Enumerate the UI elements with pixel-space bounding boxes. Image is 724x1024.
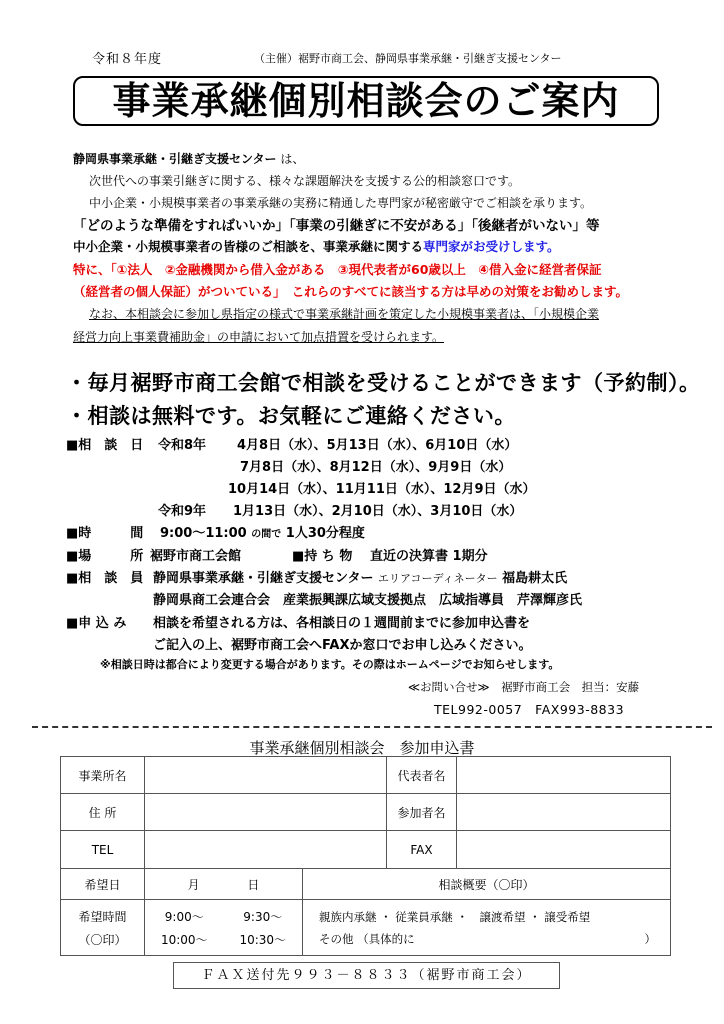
desired-time-label: 希望時間 （〇印）	[61, 900, 145, 956]
subsidy-note-line-1: なお、本相談会に参加し県指定の様式で事業承継計画を策定した小規模事業者は、「小規…	[89, 305, 599, 322]
representative-field[interactable]	[457, 757, 671, 794]
apply-line-2: ご記入の上、裾野市商工会へFAXか窓口でお申し込みください。	[153, 634, 531, 653]
page-title: 事業承継個別相談会のご案内	[73, 76, 659, 126]
desired-date-label: 希望日	[61, 869, 145, 900]
apply-label: ■申 込 み	[66, 612, 126, 631]
bring-label: ■持 ち 物	[292, 545, 352, 564]
staff-name: 福島耕太氏	[502, 571, 567, 586]
time-option-1030[interactable]: 10:30～	[239, 931, 286, 948]
desired-time-title: 希望時間	[61, 908, 144, 925]
summary-other[interactable]: その他 （具体的に	[319, 931, 415, 947]
intro-line-1: 次世代への事業引継ぎに関する、様々な課題解決を支援する公的相談窓口です。	[89, 172, 520, 189]
schedule-dates-row-3: 10月14日（水）、11月11日（水）、12月9日（水）	[228, 478, 536, 497]
business-name-field[interactable]	[145, 757, 387, 794]
desired-time-options: 9:00～ 9:30～ 10:00～ 10:30～	[145, 900, 303, 956]
schedule-label: ■相 談 日	[66, 434, 143, 453]
circle-mark-note: （〇印）	[61, 931, 144, 948]
time-value: 9:00～11:00	[160, 526, 247, 541]
time-label: ■時 間	[66, 522, 143, 541]
application-form: 事業所名 代表者名 住 所 参加者名 TEL FAX 希望日 月 日 相談概要（…	[60, 756, 671, 956]
highlight-free: ・相談は無料です。お気軽にご連絡ください。	[66, 400, 516, 430]
consult-line: 中小企業・小規模事業者の皆様のご相談を、事業承継に関する専門家がお受けします。	[73, 237, 560, 255]
staff-role: エリアコーディネーター	[378, 572, 498, 585]
time-option-0900[interactable]: 9:00～	[165, 908, 204, 925]
place-value: 裾野市商工会館	[150, 545, 241, 564]
concerns-line: 「どのような準備をすればいいか」「事業の引継ぎに不安がある」「後継者がいない」等	[73, 214, 600, 234]
day-label: 日	[247, 878, 259, 892]
summary-header: 相談概要（〇印）	[303, 869, 671, 900]
red-note-line-2: （経営者の個人保証）がついている」 これらのすべてに該当する方は早めの対策をお勧…	[73, 282, 628, 300]
schedule-year-1: 令和8年	[158, 434, 206, 453]
apply-line-1: 相談を希望される方は、各相談日の１週間前までに参加申込書を	[153, 612, 530, 631]
subsidy-note-line-2: 経営力向上事業費補助金」の申請において加点措置を受けられます。	[73, 328, 444, 345]
intro-center-line: 静岡県事業承継・引継ぎ支援センター は、	[73, 150, 304, 167]
staff-line-1: 静岡県事業承継・引継ぎ支援センター エリアコーディネーター 福島耕太氏	[153, 567, 567, 586]
time-duration: 1人30分程度	[286, 526, 365, 541]
cut-line	[32, 726, 712, 728]
time-row: 9:00～11:00 の間で 1人30分程度	[160, 522, 365, 541]
participant-label: 参加者名	[387, 794, 457, 831]
consult-prefix: 中小企業・小規模事業者の皆様のご相談を、事業承継に関する	[73, 239, 423, 254]
staff-org: 静岡県事業承継・引継ぎ支援センター	[153, 571, 373, 586]
business-name-label: 事業所名	[61, 757, 145, 794]
summary-options: 親族内承継 ・ 従業員承継 ・ 譲渡希望 ・ 譲受希望 その他 （具体的に ）	[303, 900, 671, 956]
change-notice: ※相談日時は都合により変更する場合があります。その際はホームページでお知らせしま…	[100, 656, 559, 672]
tel-label: TEL	[61, 831, 145, 869]
center-suffix: は、	[277, 152, 305, 166]
address-field[interactable]	[145, 794, 387, 831]
summary-option-list[interactable]: 親族内承継 ・ 従業員承継 ・ 譲渡希望 ・ 譲受希望	[319, 909, 670, 925]
desired-date-field[interactable]: 月 日	[145, 869, 303, 900]
contact-line-1: ≪お問い合せ≫ 裾野市商工会 担当：安藤	[408, 679, 639, 695]
fax-destination: ＦＡＸ送付先９９３－８８３３（裾野市商工会）	[173, 962, 560, 989]
form-title: 事業承継個別相談会 参加申込書	[0, 737, 724, 758]
contact-line-2: TEL992-0057 FAX993-8833	[434, 700, 624, 718]
summary-other-close: ）	[645, 931, 657, 947]
staff-line-2: 静岡県商工会連合会 産業振興課広域支援拠点 広域指導員 芹澤輝彦氏	[153, 589, 582, 608]
representative-label: 代表者名	[387, 757, 457, 794]
schedule-dates-row-2: 7月8日（水）、8月12日（水）、9月9日（水）	[240, 456, 511, 475]
time-option-0930[interactable]: 9:30～	[243, 908, 282, 925]
host-organizations: （主催）裾野市商工会、静岡県事業承継・引継ぎ支援センター	[254, 50, 562, 66]
place-label: ■場 所	[66, 545, 143, 564]
schedule-year-2: 令和9年	[158, 500, 206, 519]
participant-field[interactable]	[457, 794, 671, 831]
address-label: 住 所	[61, 794, 145, 831]
fax-field[interactable]	[457, 831, 671, 869]
time-suffix: の間で	[251, 529, 281, 540]
highlight-monthly: ・毎月裾野市商工会館で相談を受けることができます（予約制）。	[66, 367, 701, 397]
fiscal-year: 令和８年度	[92, 48, 162, 67]
time-option-1000[interactable]: 10:00～	[161, 931, 208, 948]
bring-value: 直近の決算書 1期分	[370, 545, 488, 564]
red-note-line-1: 特に、「①法人 ②金融機関から借入金がある ③現代表者が60歳以上 ④借入金に経…	[73, 260, 601, 278]
consult-highlight: 専門家がお受けします。	[423, 239, 560, 254]
fax-label: FAX	[387, 831, 457, 869]
center-name: 静岡県事業承継・引継ぎ支援センター	[73, 152, 277, 166]
intro-line-2: 中小企業・小規模事業者の事業承継の実務に精通した専門家が秘密厳守でご相談を承りま…	[89, 194, 592, 211]
schedule-dates-row-1: 4月8日（水）、5月13日（水）、6月10日（水）	[237, 434, 517, 453]
schedule-dates-row-4: 1月13日（水）、2月10日（水）、3月10日（水）	[233, 500, 522, 519]
staff-label: ■相 談 員	[66, 567, 143, 586]
month-label: 月	[188, 878, 200, 892]
tel-field[interactable]	[145, 831, 387, 869]
